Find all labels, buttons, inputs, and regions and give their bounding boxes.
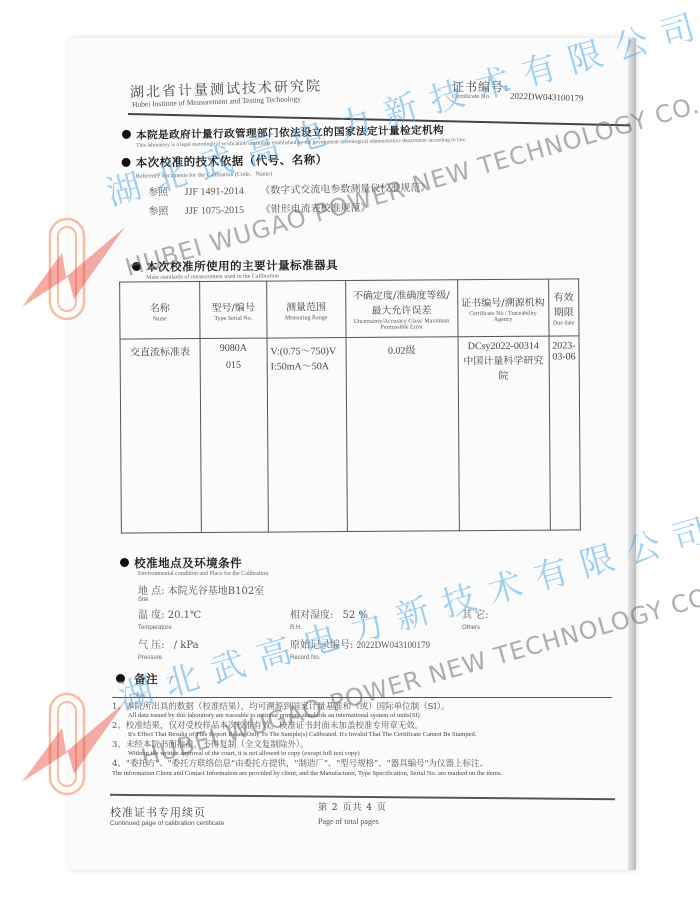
footer-continued: 校准证书专用续页 Continued page of calibration c… xyxy=(110,804,224,827)
certificate-no-label-en: Certificate No. xyxy=(452,93,491,100)
cell-due-date: 2023-03-06 xyxy=(549,336,581,530)
company-logo-watermark-icon xyxy=(20,690,130,800)
environment-title-en: Environmental condition and Place for th… xyxy=(138,571,268,577)
note-item-en: The information Client and Contact Infor… xyxy=(112,769,602,779)
reference-item: 参照 JJF 1491-2014 《数字式交流电参数测量仪校准规范》 xyxy=(148,178,444,198)
column-header-due-date: 有效期限Due date xyxy=(548,279,579,336)
reference-code: JJF 1491-2014 xyxy=(185,186,244,198)
continued-page-en: Continued page of calibration certificat… xyxy=(110,820,224,827)
references-title-cn: 本次校准的技术依据（代号、名称） xyxy=(136,152,328,169)
company-logo-watermark-icon xyxy=(20,215,130,325)
notes-value: / xyxy=(169,675,172,686)
bullet-icon xyxy=(122,130,131,139)
record-no-value: 2022DW043100179 xyxy=(357,640,431,650)
page-number-cn: 第 2 页共 4 页 xyxy=(318,800,387,813)
bullet-icon xyxy=(120,558,129,567)
note-item-en: Without the written approval of the cour… xyxy=(128,750,617,757)
bullet-icon xyxy=(116,674,125,683)
page-edge-shadow xyxy=(628,38,636,870)
column-header-range: 测量范围Measuring Range xyxy=(267,281,346,339)
humidity-field: 相对湿度: 52 % R.H. xyxy=(290,606,368,631)
column-header-accuracy: 不确定度/准确度等级/最大允许误差Uncertainty/Accuracy Cl… xyxy=(345,280,457,338)
reference-name: 《数字式交流电参数测量仪校准规范》 xyxy=(260,183,430,197)
note-item: 4、"委托方"、"委托方联络信息"由委托方提供，"制造厂"、"型号规格"、"器具… xyxy=(112,757,617,769)
notes-list: 1、本院所出具的数据（校准结果），均可溯源到国家计量基准和（或）国际单位制（SI… xyxy=(112,700,617,779)
reference-prefix: 参照 xyxy=(148,206,168,217)
others-field: 其 它: Others xyxy=(462,606,489,631)
column-header-type: 型号/编号Type Serial No. xyxy=(199,281,267,338)
note-item-en: All data issued by this laboratory are t… xyxy=(128,712,617,719)
page-number-en: Page of total pages xyxy=(318,817,387,826)
note-item: 1、本院所出具的数据（校准结果），均可溯源到国家计量基准和（或）国际单位制（SI… xyxy=(112,700,617,712)
site-value: 本院光谷基地B102室 xyxy=(168,586,264,597)
bullet-icon xyxy=(122,158,131,167)
temperature-value: 20.1℃ xyxy=(168,610,201,621)
column-header-certificate: 证书编号/溯源机构Certificate No / Traceability A… xyxy=(457,279,548,337)
site-field: 地 点: 本院光谷基地B102室 Site xyxy=(138,582,264,603)
pressure-value: / kPa xyxy=(174,640,199,651)
pressure-field: 气 压: / kPa Pressure xyxy=(138,636,199,661)
continued-page-cn: 校准证书专用续页 xyxy=(110,804,224,820)
standards-table: 名称Name 型号/编号Type Serial No. 测量范围Measurin… xyxy=(119,278,581,533)
environment-title-cn: 校准地点及环境条件 xyxy=(134,556,242,570)
bullet-icon xyxy=(132,262,141,271)
note-item: 2、校准结果，仅对受校样品本次校准有效。校准证书封面未加盖校准专用章无效。 xyxy=(112,719,617,731)
record-no-field: 原始记录编号: 2022DW043100179 Record No. xyxy=(290,636,430,661)
environment-section: 校准地点及环境条件 Environmental condition and Pl… xyxy=(120,552,268,577)
references-section: 本次校准的技术依据（代号、名称） Reference documents for… xyxy=(121,146,444,218)
humidity-value: 52 % xyxy=(343,610,368,621)
temperature-field: 温 度: 20.1℃ Temperature xyxy=(138,606,201,631)
reference-code: JJF 1075-2015 xyxy=(185,205,244,217)
column-header-name: 名称Name xyxy=(120,282,200,340)
standards-section: 本次校准所使用的主要计量标准器具 Main standards of measu… xyxy=(132,254,338,281)
table-row: 交直流标准表 9080A015 V:(0.75～750)VI:50mA～50A … xyxy=(120,336,580,533)
standards-title-cn: 本次校准所使用的主要计量标准器具 xyxy=(146,258,338,274)
table-header-row: 名称Name 型号/编号Type Serial No. 测量范围Measurin… xyxy=(120,279,579,339)
reference-name: 《钳形电流表校准规范》 xyxy=(261,203,371,216)
notes-title-cn: 备注 xyxy=(134,672,158,686)
notes-divider xyxy=(112,697,612,698)
reference-prefix: 参照 xyxy=(148,187,168,198)
cell-type-serial: 9080A015 xyxy=(200,338,269,532)
note-item: 3、未经本院书面批准，不得复制（全文复制除外）。 xyxy=(112,738,617,750)
note-item-en: It's Effect That Results of This Report … xyxy=(128,731,617,738)
cell-accuracy: 0.02级 xyxy=(346,337,459,532)
page-indicator: 第 2 页共 4 页 Page of total pages xyxy=(318,800,387,826)
cell-name: 交直流标准表 xyxy=(120,339,201,534)
notes-title-en: Note xyxy=(134,693,173,699)
cell-certificate-agency: DCsy2022-00314中国计量科学研究院 xyxy=(458,336,550,531)
cell-range: V:(0.75～750)VI:50mA～50A xyxy=(267,338,347,533)
